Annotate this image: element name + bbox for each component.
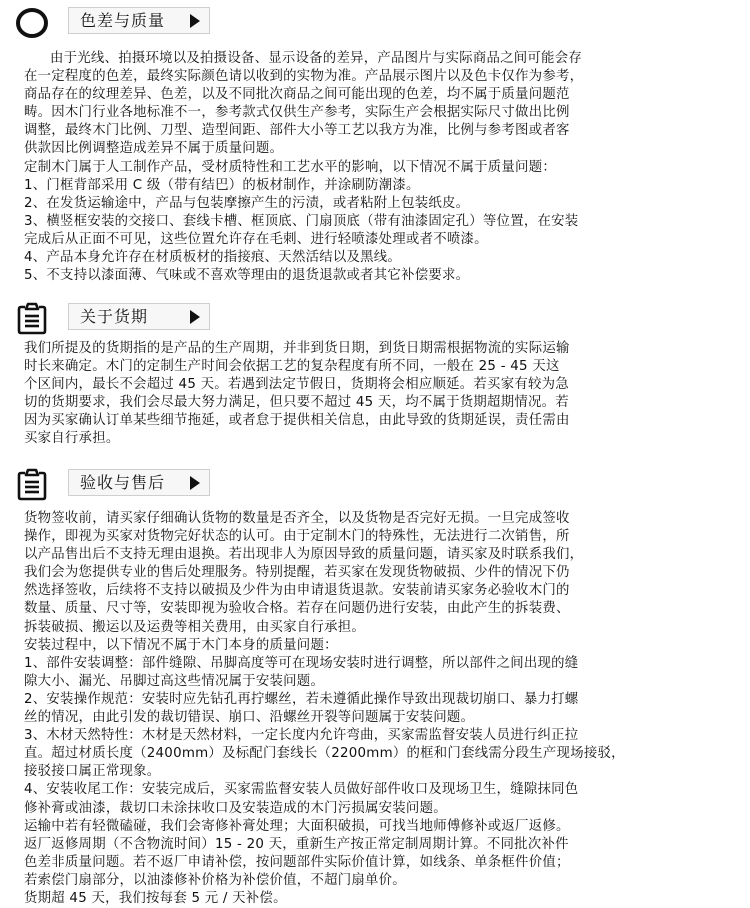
- text-line: 色差非质量问题。若不返厂申请补偿，按问题部件实际价值计算，如线条、单条框件价值；: [24, 854, 736, 872]
- text-line: 以产品售出后不支持无理由退换。若出现非人为原因导致的质量问题，请买家及时联系我们…: [24, 546, 736, 564]
- text-line: 拆装破损、搬运以及运费等相关费用，由买家自行承担。: [24, 619, 736, 637]
- text-line: 个区间内，最长不会超过 45 天。若遇到法定节假日，货期将会相应顺延。若买家有较…: [24, 376, 736, 394]
- text-line: 隙大小、漏光、吊脚过高这些情况属于安装问题。: [24, 673, 736, 691]
- text-line: 2、在发货运输途中，产品与包装摩擦产生的污渍，或者粘附上包装纸皮。: [24, 195, 736, 213]
- text-line: 1、部件安装调整：部件缝隙、吊脚高度等可在现场安装时进行调整，所以部件之间出现的…: [24, 655, 736, 673]
- text-line: 修补膏或油漆，裁切口未涂抹收口及安装造成的木门污损属安装问题。: [24, 800, 736, 818]
- text-line: 4、安装收尾工作：安装完成后，买家需监督安装人员做好部件收口及现场卫生，缝隙抹同…: [24, 781, 736, 799]
- section-title-box: 关于货期: [68, 303, 210, 330]
- text-line: 接驳接口属正常现象。: [24, 763, 736, 781]
- text-line: 丝的情况，由此引发的裁切错误、崩口、沿螺丝开裂等问题属于安装问题。: [24, 709, 736, 727]
- clipboard-icon: [14, 466, 50, 502]
- text-line: 供款因比例调整造成差异不属于质量问题。: [24, 140, 736, 158]
- text-line: 操作，即视为买家对货物完好状态的认可。由于定制木门的特殊性，无法进行二次销售，所: [24, 528, 736, 546]
- play-arrow-icon: [190, 14, 200, 28]
- text-line: 定制木门属于人工制作产品，受材质特性和工艺水平的影响，以下情况不属于质量问题：: [24, 159, 736, 177]
- text-line: 切的货期要求，我们会尽最大努力满足，但只要不超过 45 天，均不属于货期超期情况…: [24, 394, 736, 412]
- circle-icon: [14, 4, 50, 40]
- section-title: 关于货期: [80, 307, 148, 327]
- section-header: 验收与售后: [0, 462, 750, 502]
- text-line: 畴。因木门行业各地标准不一，参考款式仅供生产参考，实际生产会根据实际尺寸做出比例: [24, 104, 736, 122]
- section-title-box: 色差与质量: [68, 7, 210, 34]
- text-line: 时长来确定。木门的定制生产时间会依据工艺的复杂程度有所不同，一般在 25 - 4…: [24, 358, 736, 376]
- section-title: 色差与质量: [80, 11, 165, 31]
- text-line: 3、横竖框安装的交接口、套线卡槽、框顶底、门扇顶底（带有油漆固定孔）等位置，在安…: [24, 213, 736, 231]
- section-header: 色差与质量: [0, 0, 750, 40]
- text-line: 运输中若有轻微磕碰，我们会寄修补膏处理；大面积破损，可找当地师傅修补或返厂返修。: [24, 818, 736, 836]
- section-header: 关于货期: [0, 296, 750, 336]
- section-title: 验收与售后: [80, 473, 165, 493]
- text-line: 我们所提及的货期指的是产品的生产周期，并非到货日期，到货日期需根据物流的实际运输: [24, 340, 736, 358]
- clipboard-icon: [14, 300, 50, 336]
- text-line: 3、木材天然特性：木材是天然材料，一定长度内允许弯曲，买家需监督安装人员进行纠正…: [24, 727, 736, 745]
- section-body: 我们所提及的货期指的是产品的生产周期，并非到货日期，到货日期需根据物流的实际运输…: [24, 340, 736, 449]
- text-line: 买家自行承担。: [24, 430, 736, 448]
- text-line: 然选择签收，后续将不支持以破损及少件为由申请退货退款。安装前请买家务必验收木门的: [24, 582, 736, 600]
- text-line: 1、门框背部采用 C 级（带有结巴）的板材制作，并涂刷防潮漆。: [24, 177, 736, 195]
- text-line: 数量、质量、尺寸等，安装即视为验收合格。若存在问题仍进行安装，由此产生的拆装费、: [24, 600, 736, 618]
- section-body: 货物签收前，请买家仔细确认货物的数量是否齐全，以及货物是否完好无损。一旦完成签收…: [24, 510, 736, 896]
- text-line: 我们会为您提供专业的售后处理服务。特别提醒，若买家在发现货物破损、少件的情况下仍: [24, 564, 736, 582]
- text-line: 5、不支持以漆面薄、气味或不喜欢等理由的退货退款或者其它补偿要求。: [24, 267, 736, 285]
- text-line: 因为买家确认订单某些细节拖延，或者怠于提供相关信息，由此导致的货期延误，责任需由: [24, 412, 736, 430]
- section-body: 由于光线、拍摄环境以及拍摄设备、显示设备的差异，产品图片与实际商品之间可能会存 …: [24, 50, 736, 285]
- text-line: 4、产品本身允许存在材质板材的指接痕、天然活结以及黑线。: [24, 249, 736, 267]
- text-line: 安装过程中，以下情况不属于木门本身的质量问题：: [24, 637, 736, 655]
- text-line: 2、安装操作规范：安装时应先钻孔再拧螺丝，若未遵循此操作导致出现裁切崩口、暴力打…: [24, 691, 736, 709]
- text-line: 完成后从正面不可见，这些位置允许存在毛刺、进行轻喷漆处理或者不喷漆。: [24, 231, 736, 249]
- text-line: 商品存在的纹理差异、色差，以及不同批次商品之间可能出现的色差，均不属于质量问题范: [24, 86, 736, 104]
- text-line: 返厂返修周期（不含物流时间）15 - 20 天，重新生产按正常定制周期计算。不同…: [24, 836, 736, 854]
- play-arrow-icon: [190, 476, 200, 490]
- text-line: 直。超过材质长度（2400mm）及标配门套线长（2200mm）的框和门套线需分段…: [24, 745, 736, 763]
- text-line: 若索偿门扇部分，以油漆修补价格为补偿价值，不超门扇单价。: [24, 872, 736, 890]
- play-arrow-icon: [190, 310, 200, 324]
- text-line: 货物签收前，请买家仔细确认货物的数量是否齐全，以及货物是否完好无损。一旦完成签收: [24, 510, 736, 528]
- text-line: 在一定程度的色差，最终实际颜色请以收到的实物为准。产品展示图片以及色卡仅作为参考…: [24, 68, 736, 86]
- section-title-box: 验收与售后: [68, 469, 210, 496]
- text-line: 调整，最终木门比例、刀型、造型间距、部件大小等工艺以我方为准，比例与参考图或者客: [24, 122, 736, 140]
- text-line: 由于光线、拍摄环境以及拍摄设备、显示设备的差异，产品图片与实际商品之间可能会存: [24, 50, 736, 68]
- text-line: 货期超 45 天，我们按每套 5 元 / 天补偿。: [24, 890, 736, 896]
